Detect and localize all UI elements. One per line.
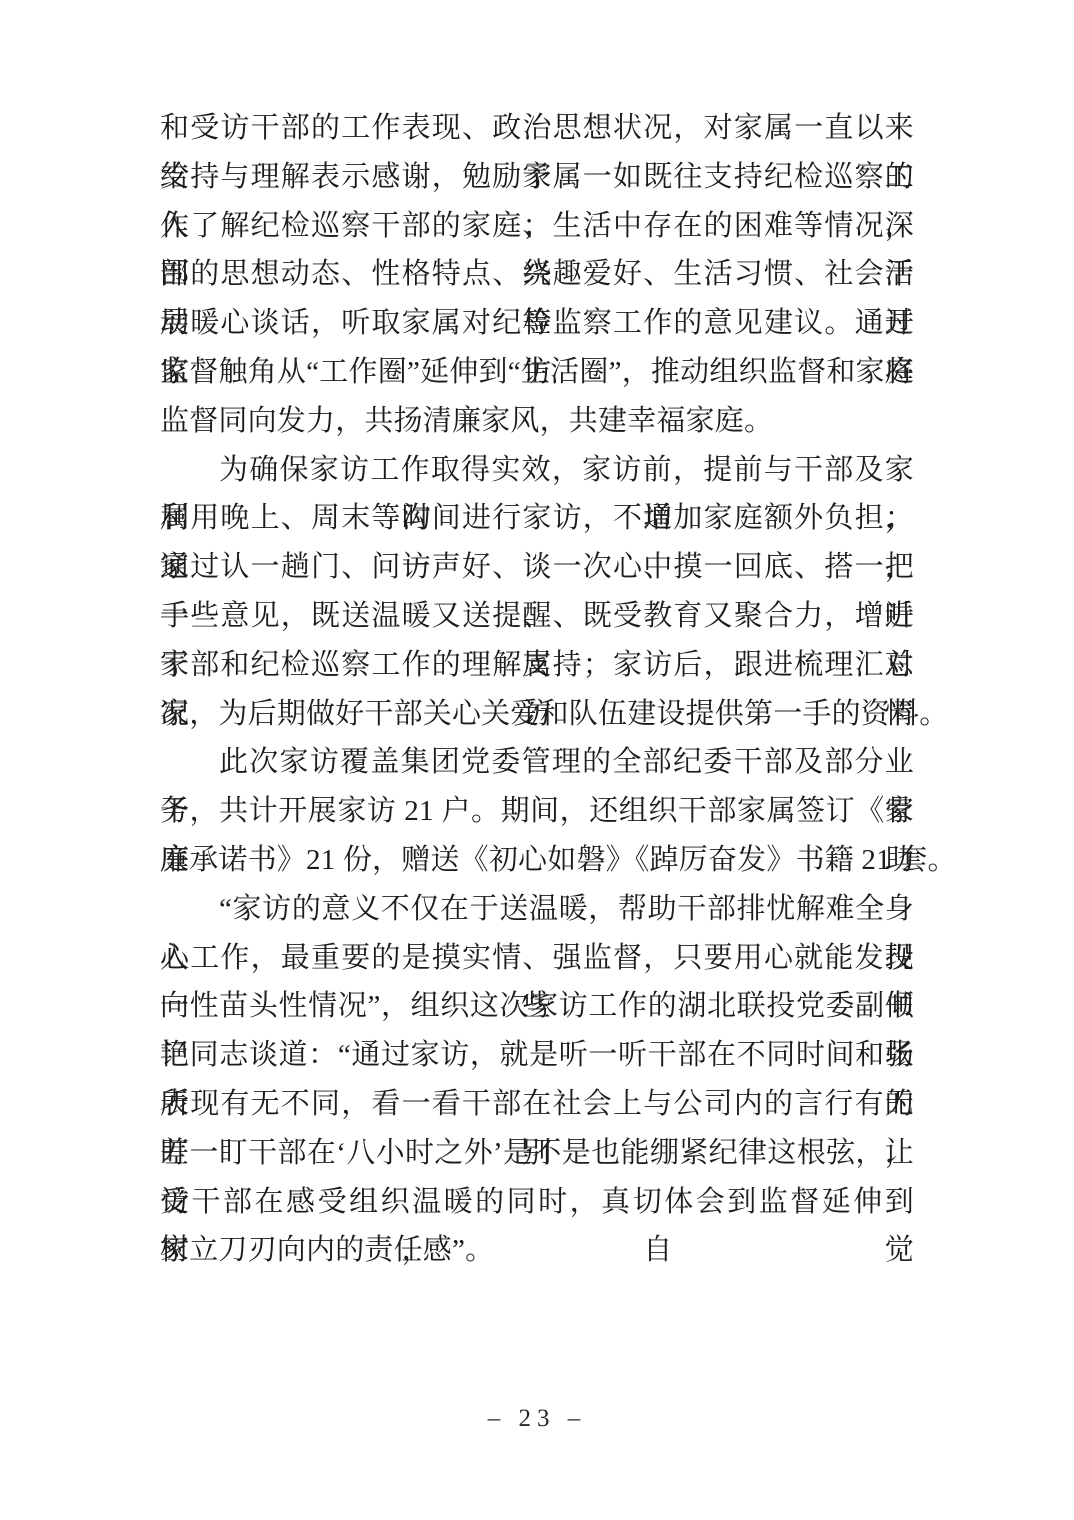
text-line: 通过认一趟门、问一声好、谈一次心、摸一回底、搭一把手、听 [160,543,914,592]
text-line: 廉承诺书》21 份，赠送《初心如磐》《踔厉奋发》书籍 21 套。 [160,836,914,885]
text-line: 艳同志谈道：“通过家访，就是听一听干部在不同时间和场所的 [160,1031,914,1080]
text-line: 展暖心谈话，听取家属对纪检监察工作的意见建议。通过家访将 [160,299,914,348]
text-line: 干，共计开展家访 21 户。期间，还组织干部家属签订《家庭助 [160,787,914,836]
text-line: 向性苗头性情况”，组织这次家访工作的湖北联投党委副书记张 [160,982,914,1031]
text-line: “家访的意义不仅在于送温暖，帮助干部排忧解难全身心投 [160,885,914,934]
document-page: 和受访干部的工作表现、政治思想状况，对家属一直以来给予的支持与理解表示感谢，勉励… [0,0,1074,1520]
text-line: 盯一盯干部在‘八小时之外’是不是也能绷紧纪律这根弦，让受 [160,1129,914,1178]
text-line: 监督触角从“工作圈”延伸到“生活圈”，推动组织监督和家庭 [160,348,914,397]
text-line: 和受访干部的工作表现、政治思想状况，对家属一直以来给予的 [160,104,914,153]
text-line: 利用晚上、周末等时间进行家访，不增加家庭额外负担；家访中， [160,494,914,543]
page-number: – 23 – [0,1405,1074,1433]
document-body: 和受访干部的工作表现、政治思想状况，对家属一直以来给予的支持与理解表示感谢，勉励… [160,104,914,1275]
text-line: 支持与理解表示感谢，勉励家属一如既往支持纪检巡察工作；深 [160,153,914,202]
text-line: 监督同向发力，共扬清廉家风，共建幸福家庭。 [160,397,914,446]
text-line: 访干部在感受组织温暖的同时，真切体会到监督延伸到家，自觉 [160,1178,914,1227]
text-line: 一些意见，既送温暖又送提醒、既受教育又聚合力，增进家属对 [160,592,914,641]
text-line: 表现有无不同，看一看干部在社会上与公司内的言行有无差别， [160,1080,914,1129]
text-line: 部的思想动态、性格特点、兴趣爱好、生活习惯、社会活动等开 [160,250,914,299]
text-line: 为确保家访工作取得实效，家访前，提前与干部及家属沟通， [160,446,914,495]
text-line: 干部和纪检巡察工作的理解支持；家访后，跟进梳理汇总家访情 [160,641,914,690]
text-line: 入了解纪检巡察干部的家庭、生活中存在的困难等情况，围绕干 [160,202,914,251]
text-line: 况，为后期做好干部关心关爱和队伍建设提供第一手的资料。 [160,690,914,739]
text-line: 此次家访覆盖集团党委管理的全部纪委干部及部分业务骨 [160,738,914,787]
text-line: 入工作，最重要的是摸实情、强监督，只要用心就能发现一些倾 [160,934,914,983]
